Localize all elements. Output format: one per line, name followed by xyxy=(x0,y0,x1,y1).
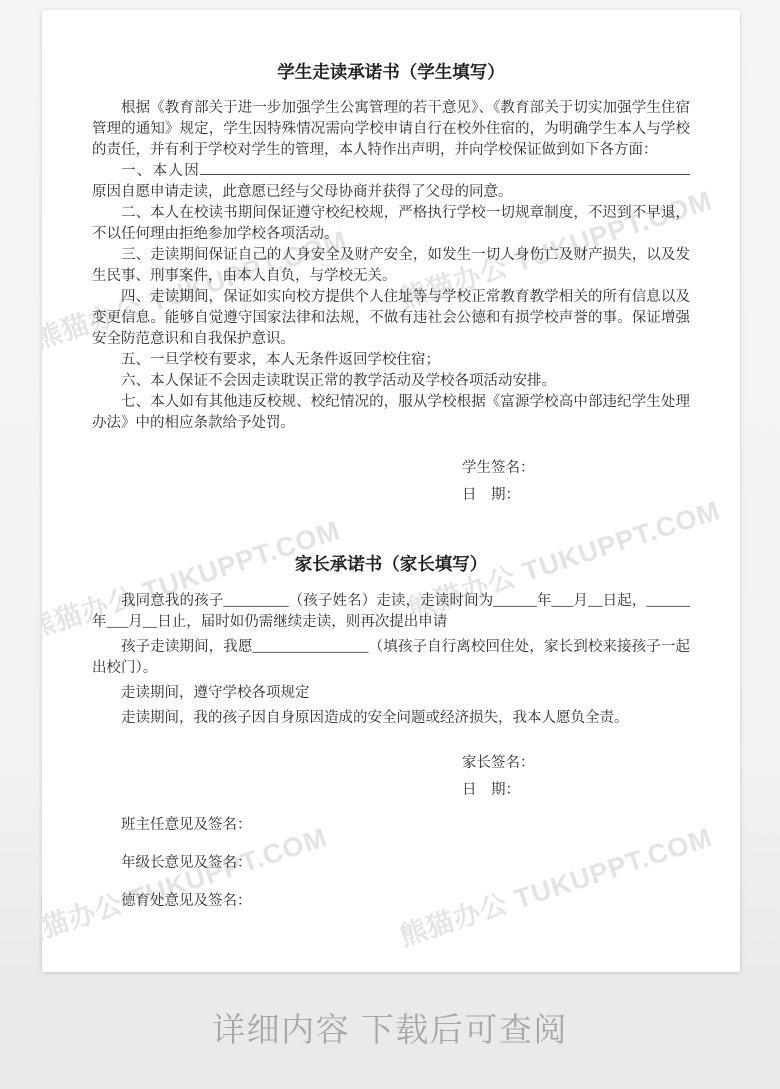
parent-paragraph-2: 孩子走读期间，我愿________________（填孩子自行离校回住处，家长到… xyxy=(92,637,690,679)
student-date-label: 日 期： xyxy=(462,485,690,506)
parent-section-title: 家长承诺书（家长填写） xyxy=(92,552,690,576)
blank-underline xyxy=(200,162,690,175)
parent-section-body: 我同意我的孩子_________（孩子姓名）走读，走读时间为______年___… xyxy=(92,591,690,729)
parent-paragraph-4: 走读期间，我的孩子因自身原因造成的安全问题或经济损失，我本人愿负全责。 xyxy=(92,708,690,729)
student-item-3: 三、走读期间保证自己的人身安全及财产安全，如发生一切人身伤亡及财产损失，以及发生… xyxy=(92,245,690,287)
approval-section: 班主任意见及签名： 年级长意见及签名： 德育处意见及签名： xyxy=(92,815,690,912)
parent-signature-label: 家长签名： xyxy=(462,753,690,774)
grade-leader-approval-label: 年级长意见及签名： xyxy=(92,853,690,874)
document-page: 熊猫办公 TUKUPPT.COM 熊猫办公 TUKUPPT.COM 熊猫办公 T… xyxy=(42,10,740,972)
parent-signature-block: 家长签名： 日 期： xyxy=(462,753,690,801)
student-intro-paragraph: 根据《教育部关于进一步加强学生公寓管理的若干意见》、《教育部关于切实加强学生住宿… xyxy=(92,98,690,161)
moral-education-office-approval-label: 德育处意见及签名： xyxy=(92,891,690,912)
student-signature-block: 学生签名： 日 期： xyxy=(462,458,690,506)
student-signature-label: 学生签名： xyxy=(462,458,690,479)
footer-caption: 详细内容 下载后可查阅 xyxy=(0,1008,780,1052)
page-background: 熊猫办公 TUKUPPT.COM 熊猫办公 TUKUPPT.COM 熊猫办公 T… xyxy=(0,0,780,1089)
head-teacher-approval-label: 班主任意见及签名： xyxy=(92,815,690,836)
student-item-1-prefix: 一、本人因 xyxy=(121,163,200,179)
document-content: 学生走读承诺书（学生填写） 根据《教育部关于进一步加强学生公寓管理的若干意见》、… xyxy=(92,48,690,929)
parent-paragraph-3: 走读期间，遵守学校各项规定 xyxy=(92,683,690,704)
student-item-1-suffix: 原因自愿申请走读，此意愿已经与父母协商并获得了父母的同意。 xyxy=(92,184,513,200)
student-section-title: 学生走读承诺书（学生填写） xyxy=(92,60,690,84)
student-item-1: 一、本人因原因自愿申请走读，此意愿已经与父母协商并获得了父母的同意。 xyxy=(92,161,690,203)
parent-date-label: 日 期： xyxy=(462,780,690,801)
student-item-6: 六、本人保证不会因走读耽误正常的教学活动及学校各项活动安排。 xyxy=(92,371,690,392)
student-item-2: 二、本人在校读书期间保证遵守校纪校规，严格执行学校一切规章制度，不迟到不早退，不… xyxy=(92,203,690,245)
student-item-4: 四、走读期间，保证如实向校方提供个人住址等与学校正常教育教学相关的所有信息以及变… xyxy=(92,287,690,350)
student-item-7: 七、本人如有其他违反校规、校纪情况的，服从学校根据《富源学校高中部违纪学生处理办… xyxy=(92,392,690,434)
parent-paragraph-1: 我同意我的孩子_________（孩子姓名）走读，走读时间为______年___… xyxy=(92,591,690,633)
student-item-5: 五、一旦学校有要求，本人无条件返回学校住宿； xyxy=(92,350,690,371)
